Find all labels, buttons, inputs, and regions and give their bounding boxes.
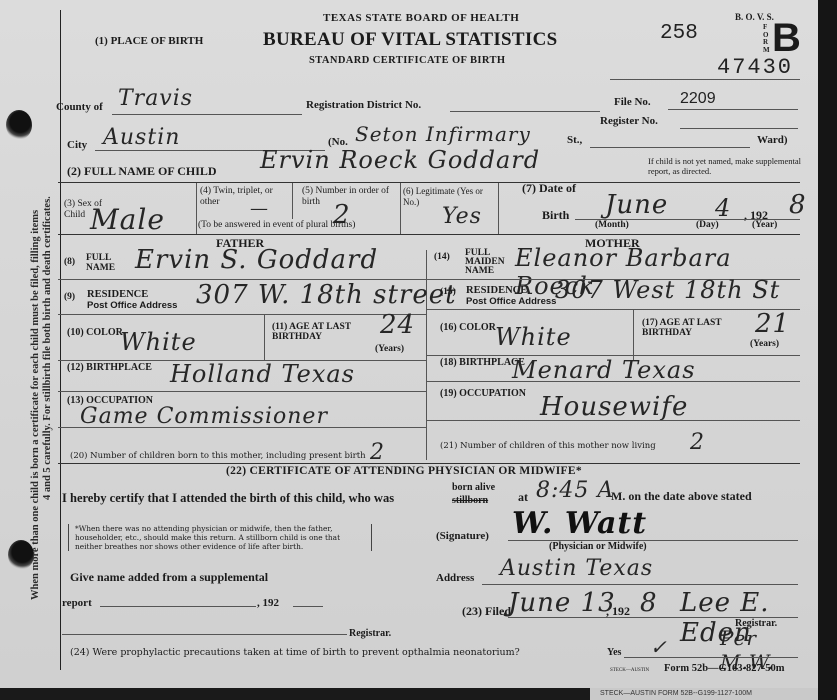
- father-residence-value: 307 W. 18th street: [196, 280, 457, 310]
- children-born-label: (20) Number of children born to this mot…: [70, 451, 366, 461]
- prophylactic-underline: [624, 657, 798, 658]
- bureau-title: BUREAU OF VITAL STATISTICS: [263, 29, 557, 51]
- children-living-value: 2: [690, 430, 705, 455]
- side-instruction-line-1: When more than one child is born a certi…: [30, 80, 42, 600]
- report-year-label: , 192: [257, 597, 279, 609]
- father-birthplace-underline: [58, 391, 426, 392]
- filed-label: (23) Filed: [462, 604, 511, 619]
- address-underline: [482, 584, 798, 585]
- father-age-label: (11) AGE AT LAST BIRTHDAY: [272, 322, 372, 342]
- mother-residence-num: (15): [440, 287, 456, 297]
- children-living-label: (21) Number of children of this mother n…: [440, 441, 656, 451]
- mother-residence-underline: [426, 309, 800, 310]
- street-label: St.,: [567, 134, 582, 146]
- printer-label: STECK—AUSTIN: [610, 668, 649, 673]
- city-label: City: [67, 139, 87, 151]
- signature-label: (Signature): [436, 530, 489, 542]
- father-po-label: Post Office Address: [87, 300, 177, 311]
- report-label: report: [62, 597, 92, 609]
- dob-year-suffix: 8: [789, 190, 807, 220]
- stillborn-option: stillborn: [452, 495, 488, 506]
- ward-label: Ward): [757, 134, 788, 146]
- form-letter: B: [772, 18, 801, 58]
- certificate-subtitle: STANDARD CERTIFICATE OF BIRTH: [309, 55, 505, 66]
- certificate-number-line: [610, 79, 800, 80]
- county-underline: [112, 114, 302, 115]
- form-vertical-label: F O R M: [763, 24, 770, 54]
- child-name-value: Ervin Roeck Goddard: [260, 146, 540, 174]
- punch-hole-top: [6, 110, 32, 140]
- mother-name-label: FULL MAIDEN NAME: [465, 249, 509, 276]
- father-color-age-divider: [264, 314, 265, 360]
- birth-certificate-page: When more than one child is born a certi…: [0, 0, 818, 688]
- father-name-label: FULL NAME: [86, 253, 126, 273]
- street-underline: [590, 147, 750, 148]
- father-residence-label: RESIDENCE: [87, 289, 148, 300]
- side-instruction-line-2: 4 and 5 carefully. For stillbirth file b…: [42, 80, 54, 600]
- dob-day-value: 4: [715, 194, 731, 222]
- file-no-label: File No.: [614, 96, 651, 108]
- county-value: Travis: [118, 86, 193, 111]
- supplemental-registrar-label: Registrar.: [349, 628, 391, 639]
- street-number-value: Seton Infirmary: [355, 122, 531, 146]
- birth-order-label: (5) Number in order of birth: [302, 186, 402, 208]
- day-label: (Day): [696, 220, 719, 230]
- twin-value: —: [250, 198, 269, 219]
- child-not-named-note: If child is not yet named, make suppleme…: [648, 156, 803, 176]
- register-no-underline: [680, 128, 798, 129]
- bovs-label: B. O. V. S.: [735, 12, 774, 22]
- registration-district-label: Registration District No.: [306, 99, 421, 111]
- prophylactic-yes-check: ✓: [650, 635, 668, 659]
- file-no-value: 2209: [680, 90, 716, 108]
- father-residence-underline: [58, 314, 426, 315]
- twin-label: (4) Twin, triplet, or other: [200, 186, 290, 208]
- parents-section-divider: [58, 234, 800, 235]
- physician-address-value: Austin Texas: [500, 556, 653, 581]
- county-label: County of: [56, 101, 103, 113]
- underlying-form-strip: STECK—AUSTIN FORM 52B--G199-1127-100M: [590, 688, 830, 700]
- prophylactic-question: (24) Were prophylactic precautions taken…: [70, 647, 520, 658]
- father-name-value: Ervin S. Goddard: [135, 245, 378, 275]
- child-name-label: (2) FULL NAME OF CHILD: [67, 164, 217, 179]
- sequence-number: 258: [660, 22, 698, 45]
- mother-po-label: Post Office Address: [466, 296, 556, 307]
- time-of-birth-value: 8:45 A: [536, 478, 614, 503]
- prophylactic-yes-label: Yes: [607, 647, 621, 658]
- physician-footnote: *When there was no attending physician o…: [68, 524, 372, 551]
- scan-edge-right: [818, 0, 837, 700]
- report-year-underline: [293, 606, 323, 607]
- state-board-heading: TEXAS STATE BOARD OF HEALTH: [323, 12, 519, 24]
- mother-occupation-underline: [426, 420, 800, 421]
- father-birthplace-value: Holland Texas: [170, 360, 355, 388]
- father-age-value: 24: [380, 310, 415, 340]
- supplemental-registrar-underline: [62, 634, 347, 635]
- sex-value: Male: [90, 203, 165, 236]
- am-on-date-label: M. on the date above stated: [611, 489, 752, 504]
- father-color-value: White: [120, 328, 197, 356]
- register-no-label: Register No.: [600, 115, 658, 127]
- father-occupation-value: Game Commissioner: [80, 404, 328, 429]
- father-color-label: (10) COLOR: [67, 327, 123, 338]
- plural-births-note: (To be answered in event of plural birth…: [198, 220, 355, 230]
- dob-month-value: June: [605, 190, 668, 220]
- mother-age-value: 21: [755, 309, 790, 339]
- mother-color-age-divider: [633, 309, 634, 360]
- mother-occupation-value: Housewife: [540, 392, 688, 422]
- mother-birthplace-underline: [426, 381, 800, 382]
- filed-date-value: June 13: [508, 588, 616, 618]
- physician-signature: W. Watt: [512, 506, 647, 541]
- father-years-label: (Years): [375, 344, 404, 354]
- mother-years-label: (Years): [750, 339, 779, 349]
- date-of-birth-label: (7) Date of: [522, 181, 576, 196]
- certificate-section-divider: [58, 463, 800, 464]
- report-date-underline: [100, 606, 256, 607]
- certify-statement: I hereby certify that I attended the bir…: [62, 491, 394, 506]
- mother-residence-value: 307 West 18th St: [555, 276, 780, 304]
- child-section-divider: [58, 182, 800, 183]
- registration-district-underline: [450, 111, 600, 112]
- city-value: Austin: [103, 125, 180, 150]
- year-label: (Year): [752, 220, 777, 230]
- certificate-heading: (22) CERTIFICATE OF ATTENDING PHYSICIAN …: [226, 465, 582, 477]
- divider-3-4: [196, 183, 197, 235]
- father-occupation-underline: [58, 427, 426, 428]
- side-instructions: When more than one child is born a certi…: [30, 80, 54, 600]
- month-label: (Month): [595, 220, 629, 230]
- mother-color-label: (16) COLOR: [440, 322, 496, 333]
- legitimate-value: Yes: [442, 204, 482, 229]
- birth-label: Birth: [542, 208, 569, 223]
- place-of-birth-label: (1) PLACE OF BIRTH: [95, 35, 203, 47]
- children-born-value: 2: [370, 440, 385, 465]
- father-name-num: (8): [64, 257, 75, 267]
- divider-4-5: [292, 183, 293, 219]
- mother-age-label: (17) AGE AT LAST BIRTHDAY: [642, 318, 752, 338]
- at-label: at: [518, 490, 528, 505]
- mother-name-num: (14): [434, 252, 450, 262]
- father-birthplace-label: (12) BIRTHPLACE: [67, 362, 152, 373]
- physician-or-midwife-label: (Physician or Midwife): [549, 541, 647, 552]
- file-no-underline: [668, 109, 798, 110]
- born-alive-option: born alive: [452, 482, 495, 493]
- divider-6-7: [498, 183, 499, 235]
- mother-occupation-label: (19) OCCUPATION: [440, 388, 526, 399]
- mother-residence-label: RESIDENCE: [466, 285, 527, 296]
- form-code: Form 52b—G163-827-50m: [664, 663, 784, 674]
- father-residence-num: (9): [64, 292, 75, 302]
- filed-year-suffix: 8: [640, 588, 658, 618]
- mother-birthplace-value: Menard Texas: [512, 356, 696, 384]
- mother-color-value: White: [495, 323, 572, 351]
- divider-5-6: [400, 183, 401, 235]
- address-label: Address: [436, 572, 474, 584]
- supplemental-label: Give name added from a supplemental: [70, 570, 268, 585]
